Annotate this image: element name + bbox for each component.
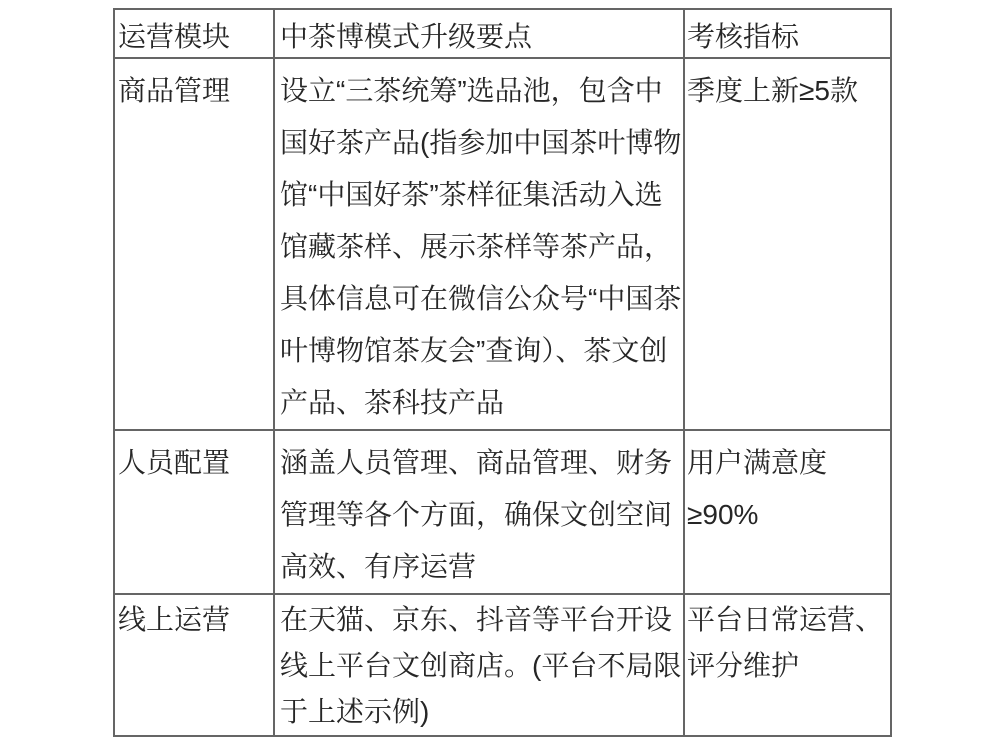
header-cell-upgrade-points: 中茶博模式升级要点 [274,9,684,58]
points-cell: 在天猫、京东、抖音等平台开设 线上平台文创商店。(平台不局限 于上述示例) [274,594,684,736]
operations-upgrade-table: 运营模块 中茶博模式升级要点 考核指标 商品管理 设立“三茶统筹”选品池，包含中… [113,8,892,737]
kpi-cell: 用户满意度≥90% [684,430,891,594]
points-cell: 涵盖人员管理、商品管理、财务 管理等各个方面，确保文创空间 高效、有序运营 [274,430,684,594]
kpi-cell: 平台日常运营、 评分维护 [684,594,891,736]
table-row-staffing: 人员配置 涵盖人员管理、商品管理、财务 管理等各个方面，确保文创空间 高效、有序… [114,430,891,594]
module-cell: 人员配置 [114,430,274,594]
table-row-online-operations: 线上运营 在天猫、京东、抖音等平台开设 线上平台文创商店。(平台不局限 于上述示… [114,594,891,736]
header-cell-kpi: 考核指标 [684,9,891,58]
module-cell: 商品管理 [114,58,274,430]
module-cell: 线上运营 [114,594,274,736]
header-cell-module: 运营模块 [114,9,274,58]
table-row-product-management: 商品管理 设立“三茶统筹”选品池，包含中 国好茶产品(指参加中国茶叶博物 馆“中… [114,58,891,430]
kpi-cell: 季度上新≥5款 [684,58,891,430]
document-page: 运营模块 中茶博模式升级要点 考核指标 商品管理 设立“三茶统筹”选品池，包含中… [0,0,985,739]
table-header-row: 运营模块 中茶博模式升级要点 考核指标 [114,9,891,58]
points-cell: 设立“三茶统筹”选品池，包含中 国好茶产品(指参加中国茶叶博物 馆“中国好茶”茶… [274,58,684,430]
